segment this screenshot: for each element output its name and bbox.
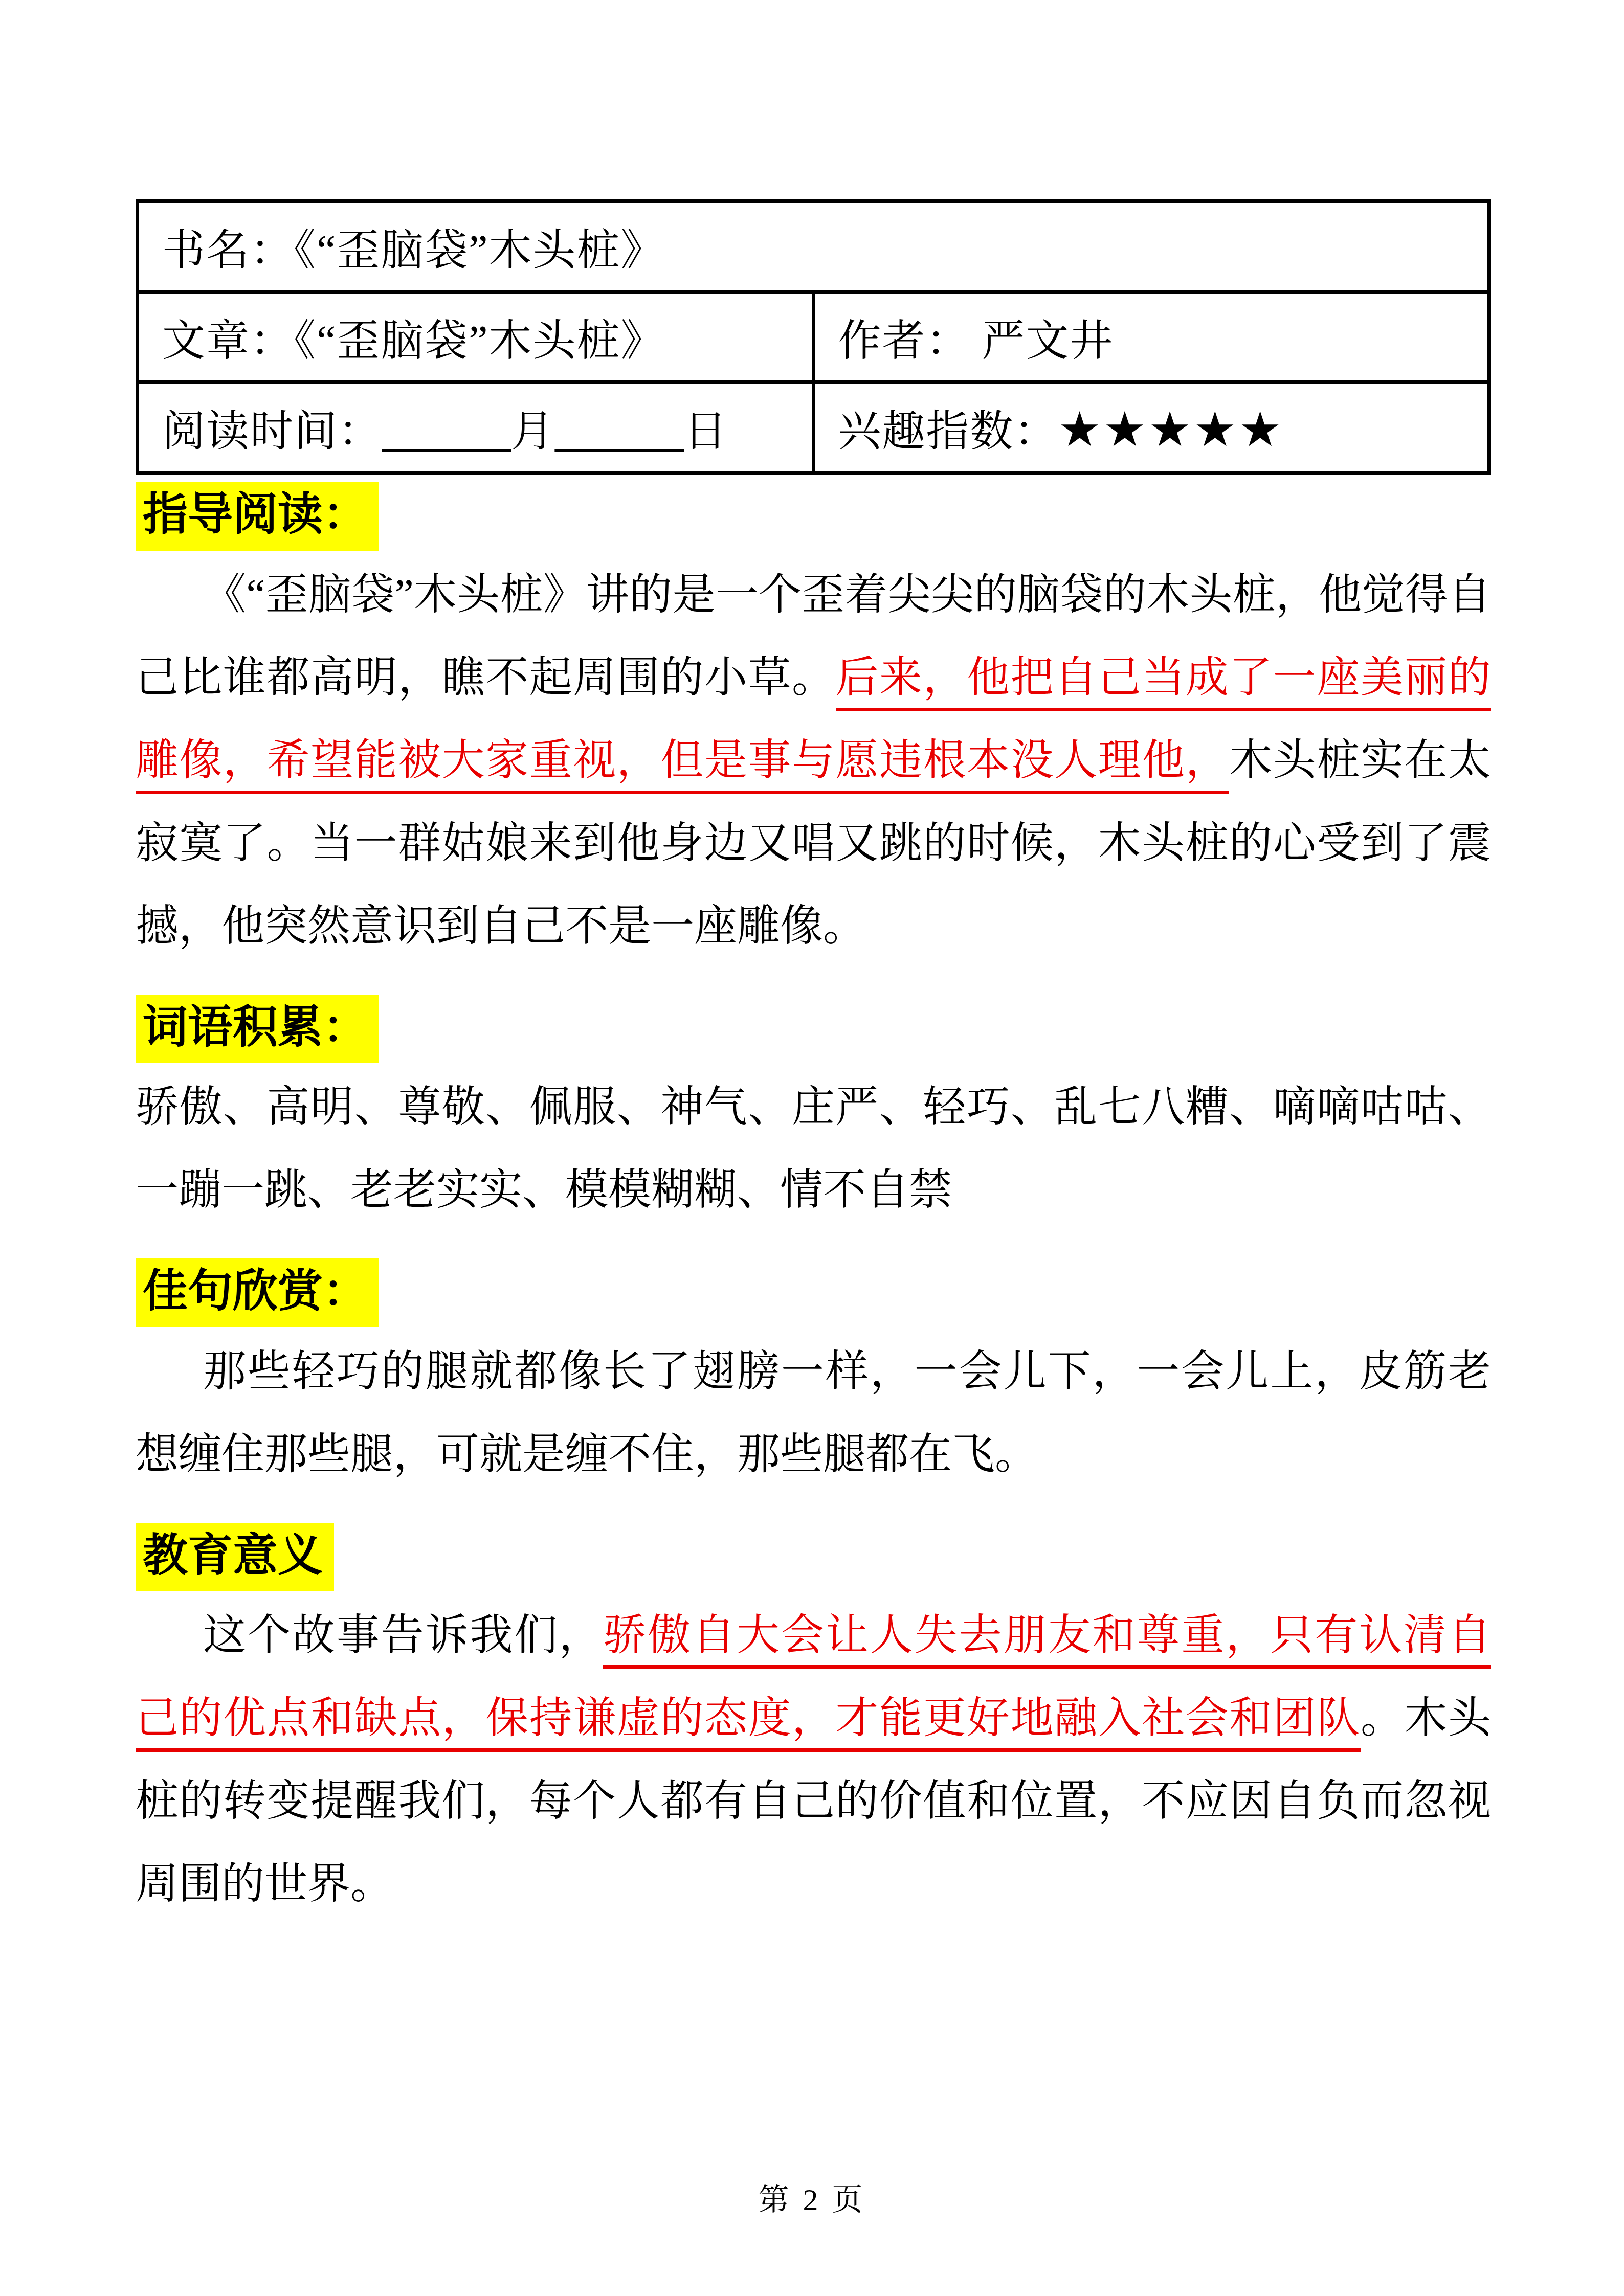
table-row: 阅读时间：______月______日 兴趣指数：★★★★★	[138, 382, 1489, 473]
word-list-paragraph: 骄傲、高明、尊敬、佩服、神气、庄严、轻巧、乱七八糟、嘀嘀咕咕、一蹦一跳、老老实实…	[136, 1066, 1491, 1232]
guide-reading-paragraph: 《“歪脑袋”木头桩》讲的是一个歪着尖尖的脑袋的木头桩，他觉得自己比谁都高明，瞧不…	[136, 554, 1491, 968]
text-run-black: 这个故事告诉我们，	[203, 1612, 603, 1659]
star-rating: ★★★★★	[1058, 403, 1284, 457]
section-heading-word-accumulation: 词语积累：	[136, 995, 379, 1064]
page-number: 第 2 页	[0, 2175, 1624, 2219]
interest-cell: 兴趣指数：★★★★★	[813, 382, 1489, 473]
table-row: 文章：《“歪脑袋”木头桩》 作者： 严文井	[138, 292, 1489, 382]
document-page: 书名：《“歪脑袋”木头桩》 文章：《“歪脑袋”木头桩》 作者： 严文井 阅读时间…	[0, 0, 1624, 2296]
book-info-table: 书名：《“歪脑袋”木头桩》 文章：《“歪脑袋”木头桩》 作者： 严文井 阅读时间…	[136, 199, 1491, 475]
book-title-cell: 书名：《“歪脑袋”木头桩》	[138, 201, 1489, 292]
text-run-black: 那些轻巧的腿就都像长了翅膀一样，一会儿下，一会儿上，皮筋老想缠住那些腿，可就是缠…	[136, 1348, 1491, 1478]
sentence-appreciation-paragraph: 那些轻巧的腿就都像长了翅膀一样，一会儿下，一会儿上，皮筋老想缠住那些腿，可就是缠…	[136, 1331, 1491, 1496]
section-heading-educational-meaning: 教育意义	[136, 1523, 334, 1592]
table-row: 书名：《“歪脑袋”木头桩》	[138, 201, 1489, 292]
day-blank-field: ______	[555, 408, 684, 456]
text-run-black: 骄傲、高明、尊敬、佩服、神气、庄严、轻巧、乱七八糟、嘀嘀咕咕、一蹦一跳、老老实实…	[136, 1084, 1491, 1214]
section-heading-sentence-appreciation: 佳句欣赏：	[136, 1258, 379, 1327]
day-label: 日	[684, 408, 728, 456]
month-blank-field: ______	[382, 408, 511, 456]
reading-time-label: 阅读时间：	[162, 408, 382, 456]
section-heading-guide-reading: 指导阅读：	[136, 482, 379, 551]
educational-meaning-paragraph: 这个故事告诉我们，骄傲自大会让人失去朋友和尊重，只有认清自己的优点和缺点，保持谦…	[136, 1594, 1491, 1926]
reading-time-cell: 阅读时间：______月______日	[138, 382, 814, 473]
interest-label: 兴趣指数：	[838, 408, 1058, 456]
author-cell: 作者： 严文井	[813, 292, 1489, 382]
month-label: 月	[511, 408, 555, 456]
article-title-cell: 文章：《“歪脑袋”木头桩》	[138, 292, 814, 382]
